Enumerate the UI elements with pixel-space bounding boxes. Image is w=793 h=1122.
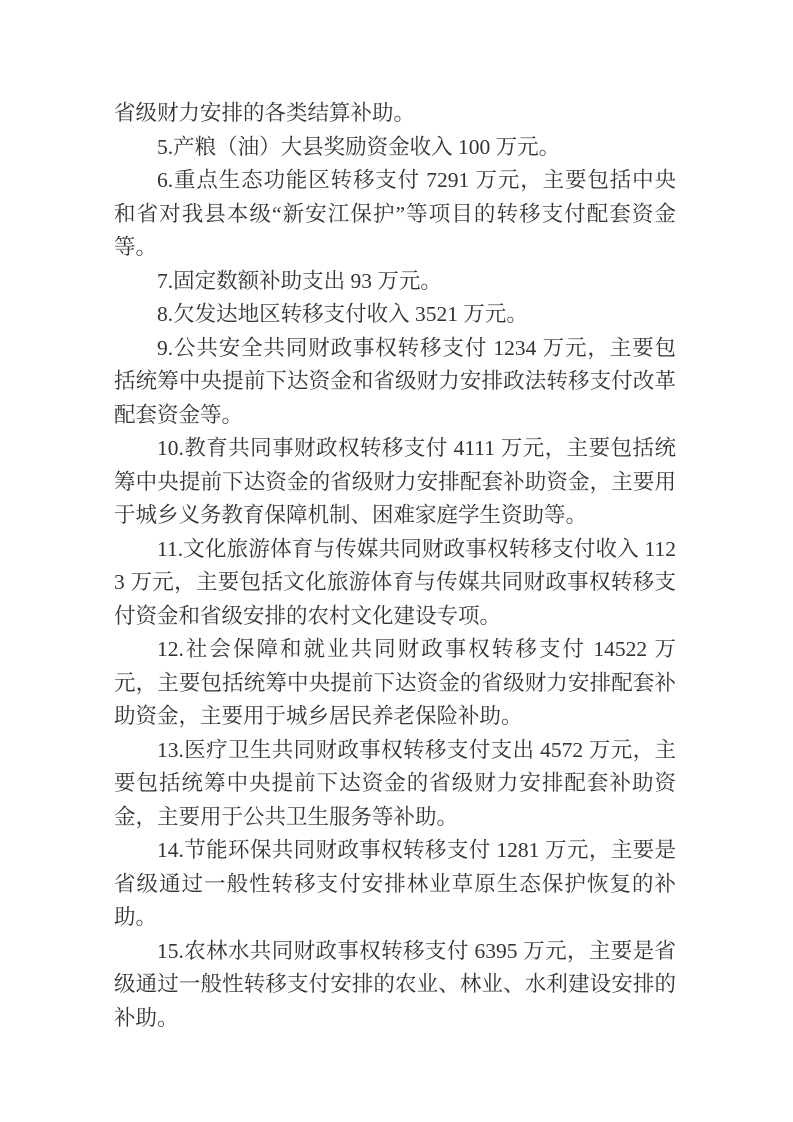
document-page: 省级财力安排的各类结算补助。 5.产粮（油）大县奖励资金收入 100 万元。 6… [0,0,793,1122]
paragraph-item-11: 11.文化旅游体育与传媒共同财政事权转移支付收入 1123 万元，主要包括文化旅… [114,533,676,634]
paragraph-item-7: 7.固定数额补助支出 93 万元。 [114,265,676,299]
paragraph-continuation: 省级财力安排的各类结算补助。 [114,97,676,131]
paragraph-item-9: 9.公共安全共同财政事权转移支付 1234 万元，主要包括统筹中央提前下达资金和… [114,332,676,433]
paragraph-item-8: 8.欠发达地区转移支付收入 3521 万元。 [114,298,676,332]
paragraph-item-13: 13.医疗卫生共同财政事权转移支付支出 4572 万元，主要包括统筹中央提前下达… [114,734,676,835]
paragraph-item-10: 10.教育共同事财政权转移支付 4111 万元，主要包括统筹中央提前下达资金的省… [114,432,676,533]
paragraph-item-5: 5.产粮（油）大县奖励资金收入 100 万元。 [114,131,676,165]
paragraph-item-12: 12.社会保障和就业共同财政事权转移支付 14522 万元，主要包括统筹中央提前… [114,633,676,734]
text-block: 省级财力安排的各类结算补助。 5.产粮（油）大县奖励资金收入 100 万元。 6… [114,97,676,1035]
paragraph-item-15: 15.农林水共同财政事权转移支付 6395 万元，主要是省级通过一般性转移支付安… [114,935,676,1036]
paragraph-item-6: 6.重点生态功能区转移支付 7291 万元，主要包括中央和省对我县本级“新安江保… [114,164,676,265]
paragraph-item-14: 14.节能环保共同财政事权转移支付 1281 万元，主要是省级通过一般性转移支付… [114,834,676,935]
